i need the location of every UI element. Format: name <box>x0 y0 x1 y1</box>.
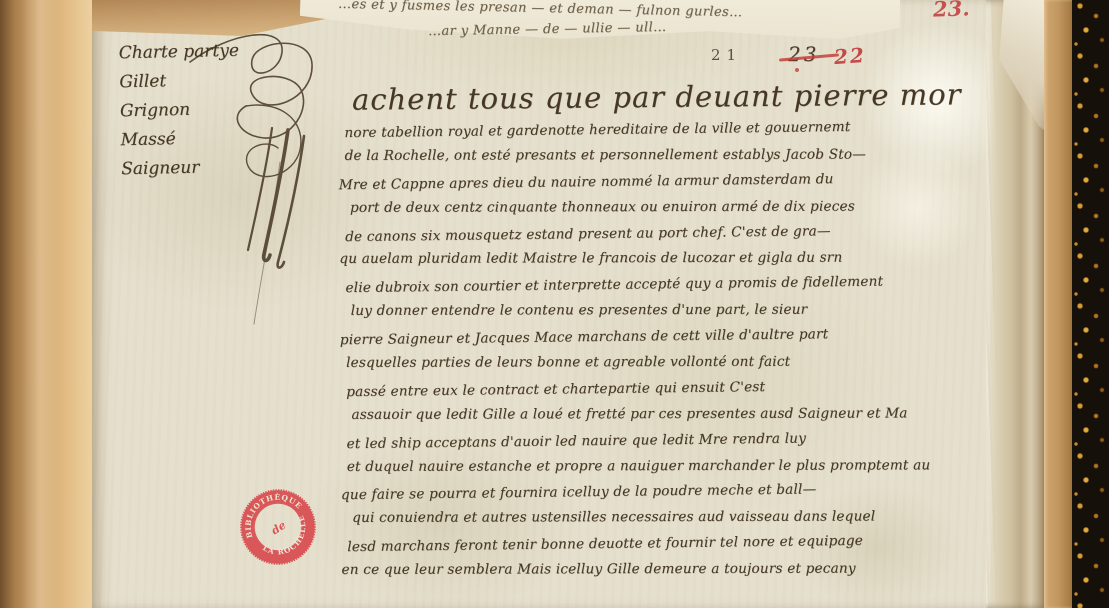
stamp-center-mark: de <box>269 519 288 538</box>
red-dot <box>795 68 799 72</box>
folio-number-red-corner: 23. <box>933 0 970 22</box>
fore-edge-highlight <box>20 0 60 608</box>
library-stamp-icon: BIBLIOTHÈQUE LA ROCHELLE de <box>239 488 317 566</box>
margin-line-title: Charte partye <box>118 37 239 69</box>
body-opening-line: achent tous que par deuant pierre mor <box>352 77 962 116</box>
body-line: en ce que leur semblera Mais icelluy Gil… <box>342 560 1024 588</box>
margin-annotation: Charte partye Gillet Grignon Massé Saign… <box>118 37 241 184</box>
manuscript-photo: …es et y fusmes les presan — et deman — … <box>0 0 1109 608</box>
margin-line-name: Massé <box>120 124 241 156</box>
marbled-book-cover <box>1072 0 1109 608</box>
folio-number-struck: 23 <box>788 42 819 66</box>
margin-line-name: Gillet <box>119 66 240 98</box>
folio-number-pencil: 21 <box>711 46 742 64</box>
margin-line-name: Grignon <box>120 95 241 127</box>
margin-line-name: Saigneur <box>121 153 242 185</box>
body-text: nore tabellion royal et gardenotte hered… <box>344 119 1023 590</box>
